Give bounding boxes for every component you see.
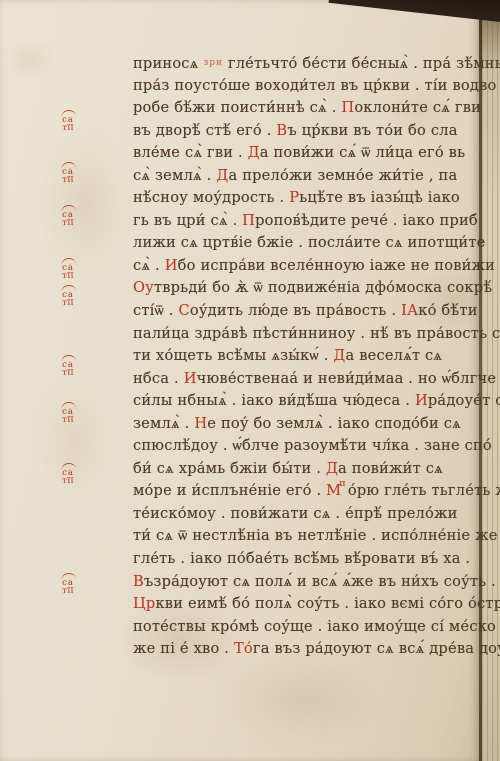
rubric-text: Д (216, 167, 228, 184)
manuscript-line: ти́ сѧ ѿ нестлѣ́ніа въ нетлѣ́ніе . испо́… (133, 525, 485, 548)
rubric-text: И (415, 392, 428, 409)
margin-rubric-slava-mark: сатїї (55, 573, 81, 595)
ink-text: вле́ме сѧ̀ гви . (133, 144, 248, 161)
manuscript-line: сѧ̀ землѧ̀ . Да прело́жи земно́е жи́тіе … (133, 165, 485, 188)
margin-rubric-slava-mark: сатїї (55, 355, 81, 377)
ink-text: га въз ра́доуют сѧ всѧ́ дре́ва доу (253, 640, 500, 657)
ink-text: а пови́жи сѧ́ ѿ ли́ца его́ вь (260, 144, 465, 161)
ink-text: сѧ̀ . (133, 257, 165, 274)
ink-text: а веселѧ́т сѧ (345, 347, 442, 364)
manuscript-line: сѧ̀ . Ибо испра́ви вселе́нноую іаже не п… (133, 255, 485, 278)
manuscript-line: гле́ть . іако по́бае́ть всѣ́мь вѣ́ровати… (133, 548, 485, 571)
ink-text: ти́ сѧ ѿ нестлѣ́ніа въ нетлѣ́ніе . испо́… (133, 527, 498, 544)
manuscript-line: Възра́доуют сѧ полѧ́ и всѧ́ ѧ́же въ ни́х… (133, 571, 485, 594)
rubric-text: В (276, 122, 287, 139)
margin-mark-bottom-text: тїї (55, 416, 81, 424)
ink-text: же пі е́ хво . (133, 640, 234, 657)
margin-mark-bottom-text: тїї (55, 124, 81, 132)
rubric-text: Д (248, 144, 260, 161)
manuscript-line: поте́ствы кро́мѣ соу́ще . іако имоу́ще с… (133, 616, 485, 639)
ink-text: ти хо́щеть всѣ́мы ѧзы́кѡ́ . (133, 347, 333, 364)
ink-text: о́рю гле́ть тьгле́ть жи (348, 482, 500, 499)
ink-text: ъ цр́кви въ то́и бо сла (287, 122, 457, 139)
rubric-text: Н (194, 415, 207, 432)
manuscript-line: землѧ̀ . Не поу́ бо землѧ̀ . іако сподо́… (133, 413, 485, 436)
ink-text: ьцѣ́те въ іазы́цѣ іако (299, 189, 460, 206)
margin-rubric-slava-mark: сатїї (55, 258, 81, 280)
ink-text: нѣ́сноу моу́дрость . (133, 189, 289, 206)
rubric-text: И (184, 370, 197, 387)
text-block: приносѧ зри гле́тьчто́ бе́сти бе́сныѧ̀ .… (133, 52, 485, 661)
ink-text: мо́ре и и́сплъне́ніе его́ . (133, 482, 326, 499)
manuscript-line: си́лы нбныѧ̀ . іако ви́дѣ́ша чю́деса . И… (133, 390, 485, 413)
manuscript-line: те́иско́моу . пови́жати сѧ . е́прѣ́ прел… (133, 503, 485, 526)
ink-text: землѧ̀ . (133, 415, 194, 432)
manuscript-line: пра́з поусто́ше воходи́тел въ цр́кви . т… (133, 75, 485, 98)
manuscript-line: ти хо́щеть всѣ́мы ѧзы́кѡ́ . Да веселѧ́т … (133, 345, 485, 368)
ink-text: кви еимѣ́ бо́ полѧ̀ соу́ть . іако вємі с… (155, 595, 500, 612)
rubric-text: П (341, 99, 354, 116)
rubric-text: Р (289, 189, 299, 206)
rubric-text: Д (333, 347, 345, 364)
ink-text: ропов́ѣдите рече́ . іако приб́ (255, 212, 478, 229)
manuscript-line: пали́ца здра́вѣ пѣсти́нниноу . нѣ́ въ пр… (133, 323, 485, 346)
ink-text: гле́тьчто́ бе́сти бе́сныѧ̀ . пра́ зѣ́мны… (223, 55, 500, 72)
margin-rubric-slava-mark: сатїї (55, 110, 81, 132)
ink-text: робе бѣ́жи поисти́ннѣ сѧ̀ . (133, 99, 341, 116)
margin-mark-bottom-text: тїї (55, 587, 81, 595)
margin-rubric-slava-mark: сатїї (55, 463, 81, 485)
manuscript-line: би́ сѧ хра́мь бжіи бы́ти . Да пови́жи́т … (133, 458, 485, 481)
manuscript-line: нбса . Ичюве́ственаа́ и неви́ди́маа . но… (133, 368, 485, 391)
titlo-arc (60, 257, 76, 266)
ink-text: те́иско́моу . пови́жати сѧ . е́прѣ́ прел… (133, 505, 458, 522)
titlo-arc (60, 109, 76, 118)
manuscript-line: нѣ́сноу моу́дрость . Рьцѣ́те въ іазы́цѣ … (133, 187, 485, 210)
ink-text: ра́доуе́т сѧ (428, 392, 500, 409)
rubric-text: п (339, 478, 346, 489)
ink-text: сѧ̀ землѧ̀ . (133, 167, 216, 184)
rubric-text: Цр (133, 595, 155, 612)
manuscript-line: лижи сѧ цртв́іе бжіе . посла́ите сѧ ипот… (133, 232, 485, 255)
margin-mark-bottom-text: тїї (55, 477, 81, 485)
ink-text: си́лы нбныѧ̀ . іако ви́дѣ́ша чю́деса . (133, 392, 415, 409)
ink-text: пали́ца здра́вѣ пѣсти́нниноу . нѣ́ въ пр… (133, 325, 500, 342)
ink-text: нбса . (133, 370, 184, 387)
ink-text: ъзра́доуют сѧ полѧ́ и всѧ́ ѧ́же въ ни́хъ… (144, 573, 496, 590)
manuscript-line: Оутврьди́ бо ѫ̀ ѿ подвиже́ніа дфо́моска … (133, 277, 485, 300)
rubric-text: Оу (133, 279, 154, 296)
ink-text: спюслѣ́доу . ѡ́блче разоумѣ́ти чл́ка . з… (133, 437, 492, 454)
manuscript-line: вле́ме сѧ̀ гви . Да пови́жи сѧ́ ѿ ли́ца … (133, 142, 485, 165)
rubric-text: С (178, 302, 189, 319)
rubric-text: зри (203, 58, 223, 68)
manuscript-line: спюслѣ́доу . ѡ́блче разоумѣ́ти чл́ка . з… (133, 435, 485, 458)
ink-text: гь въ цри́ сѧ̀ . (133, 212, 242, 229)
ink-text: пра́з поусто́ше воходи́тел въ цр́кви . т… (133, 77, 496, 94)
margin-mark-bottom-text: тїї (55, 176, 81, 184)
manuscript-line: сті́ѿ . Соу́дить лю́де въ пра́вость . ІА… (133, 300, 485, 323)
ink-text: сті́ѿ . (133, 302, 178, 319)
margin-rubric-slava-mark: сатїї (55, 205, 81, 227)
ink-text: тврьди́ бо ѫ̀ ѿ подвиже́ніа дфо́моска со… (154, 279, 492, 296)
titlo-arc (60, 354, 76, 363)
rubric-text: Д (326, 460, 338, 477)
ink-text: би́ сѧ хра́мь бжіи бы́ти . (133, 460, 326, 477)
manuscript-line: мо́ре и и́сплъне́ніе его́ . Мпо́рю гле́т… (133, 480, 485, 503)
ink-text: оу́дить лю́де въ пра́вость . (190, 302, 401, 319)
ink-text: е поу́ бо землѧ̀ . іако сподо́би сѧ (207, 415, 461, 432)
ink-text: а прело́жи земно́е жи́тіе , па (228, 167, 457, 184)
ink-text: а пови́жи́т сѧ (338, 460, 443, 477)
manuscript-line: въ дворѣ́ стѣ́ его́ . Въ цр́кви въ то́и … (133, 120, 485, 143)
ink-text: бо испра́ви вселе́нноую іаже не пови́жи … (178, 257, 500, 274)
margin-rubric-slava-mark: сатїї (55, 402, 81, 424)
titlo-arc (60, 462, 76, 471)
ink-text: приносѧ (133, 55, 203, 72)
titlo-arc (60, 284, 76, 293)
manuscript-line: же пі е́ хво . То́га въз ра́доуют сѧ всѧ… (133, 638, 485, 661)
margin-mark-bottom-text: тїї (55, 369, 81, 377)
margin-mark-bottom-text: тїї (55, 219, 81, 227)
margin-mark-bottom-text: тїї (55, 299, 81, 307)
rubric-text: П (242, 212, 255, 229)
ink-text: поте́ствы кро́мѣ соу́ще . іако имоу́ще с… (133, 618, 496, 635)
rubric-text: В (133, 573, 144, 590)
margin-rubric-slava-mark: сатїї (55, 162, 81, 184)
manuscript-line: приносѧ зри гле́тьчто́ бе́сти бе́сныѧ̀ .… (133, 52, 485, 75)
rubric-text: То́ (234, 640, 253, 657)
titlo-arc (60, 161, 76, 170)
titlo-arc (60, 204, 76, 213)
ink-text: въ дворѣ́ стѣ́ его́ . (133, 122, 276, 139)
rubric-text: И (165, 257, 178, 274)
ink-text: ко́ бѣ́ти (418, 302, 477, 319)
manuscript-line: робе бѣ́жи поисти́ннѣ сѧ̀ . Поклони́те с… (133, 97, 485, 120)
manuscript-page-photo: сатїїсатїїсатїїсатїїсатїїсатїїсатїїсатїї… (0, 0, 500, 761)
manuscript-line: гь въ цри́ сѧ̀ . Пропов́ѣдите рече́ . іа… (133, 210, 485, 233)
titlo-arc (60, 401, 76, 410)
ink-text: гле́ть . іако по́бае́ть всѣ́мь вѣ́ровати… (133, 550, 470, 567)
margin-mark-bottom-text: тїї (55, 272, 81, 280)
manuscript-line: Цркви еимѣ́ бо́ полѧ̀ соу́ть . іако вємі… (133, 593, 485, 616)
titlo-arc (60, 572, 76, 581)
ink-text: лижи сѧ цртв́іе бжіе . посла́ите сѧ ипот… (133, 234, 485, 251)
ink-text: оклони́те сѧ́ гви (354, 99, 481, 116)
margin-rubric-slava-mark: сатїї (55, 285, 81, 307)
rubric-text: ІА (401, 302, 418, 319)
ink-text: чюве́ственаа́ и неви́ди́маа . но ѡ́блгче (197, 370, 497, 387)
